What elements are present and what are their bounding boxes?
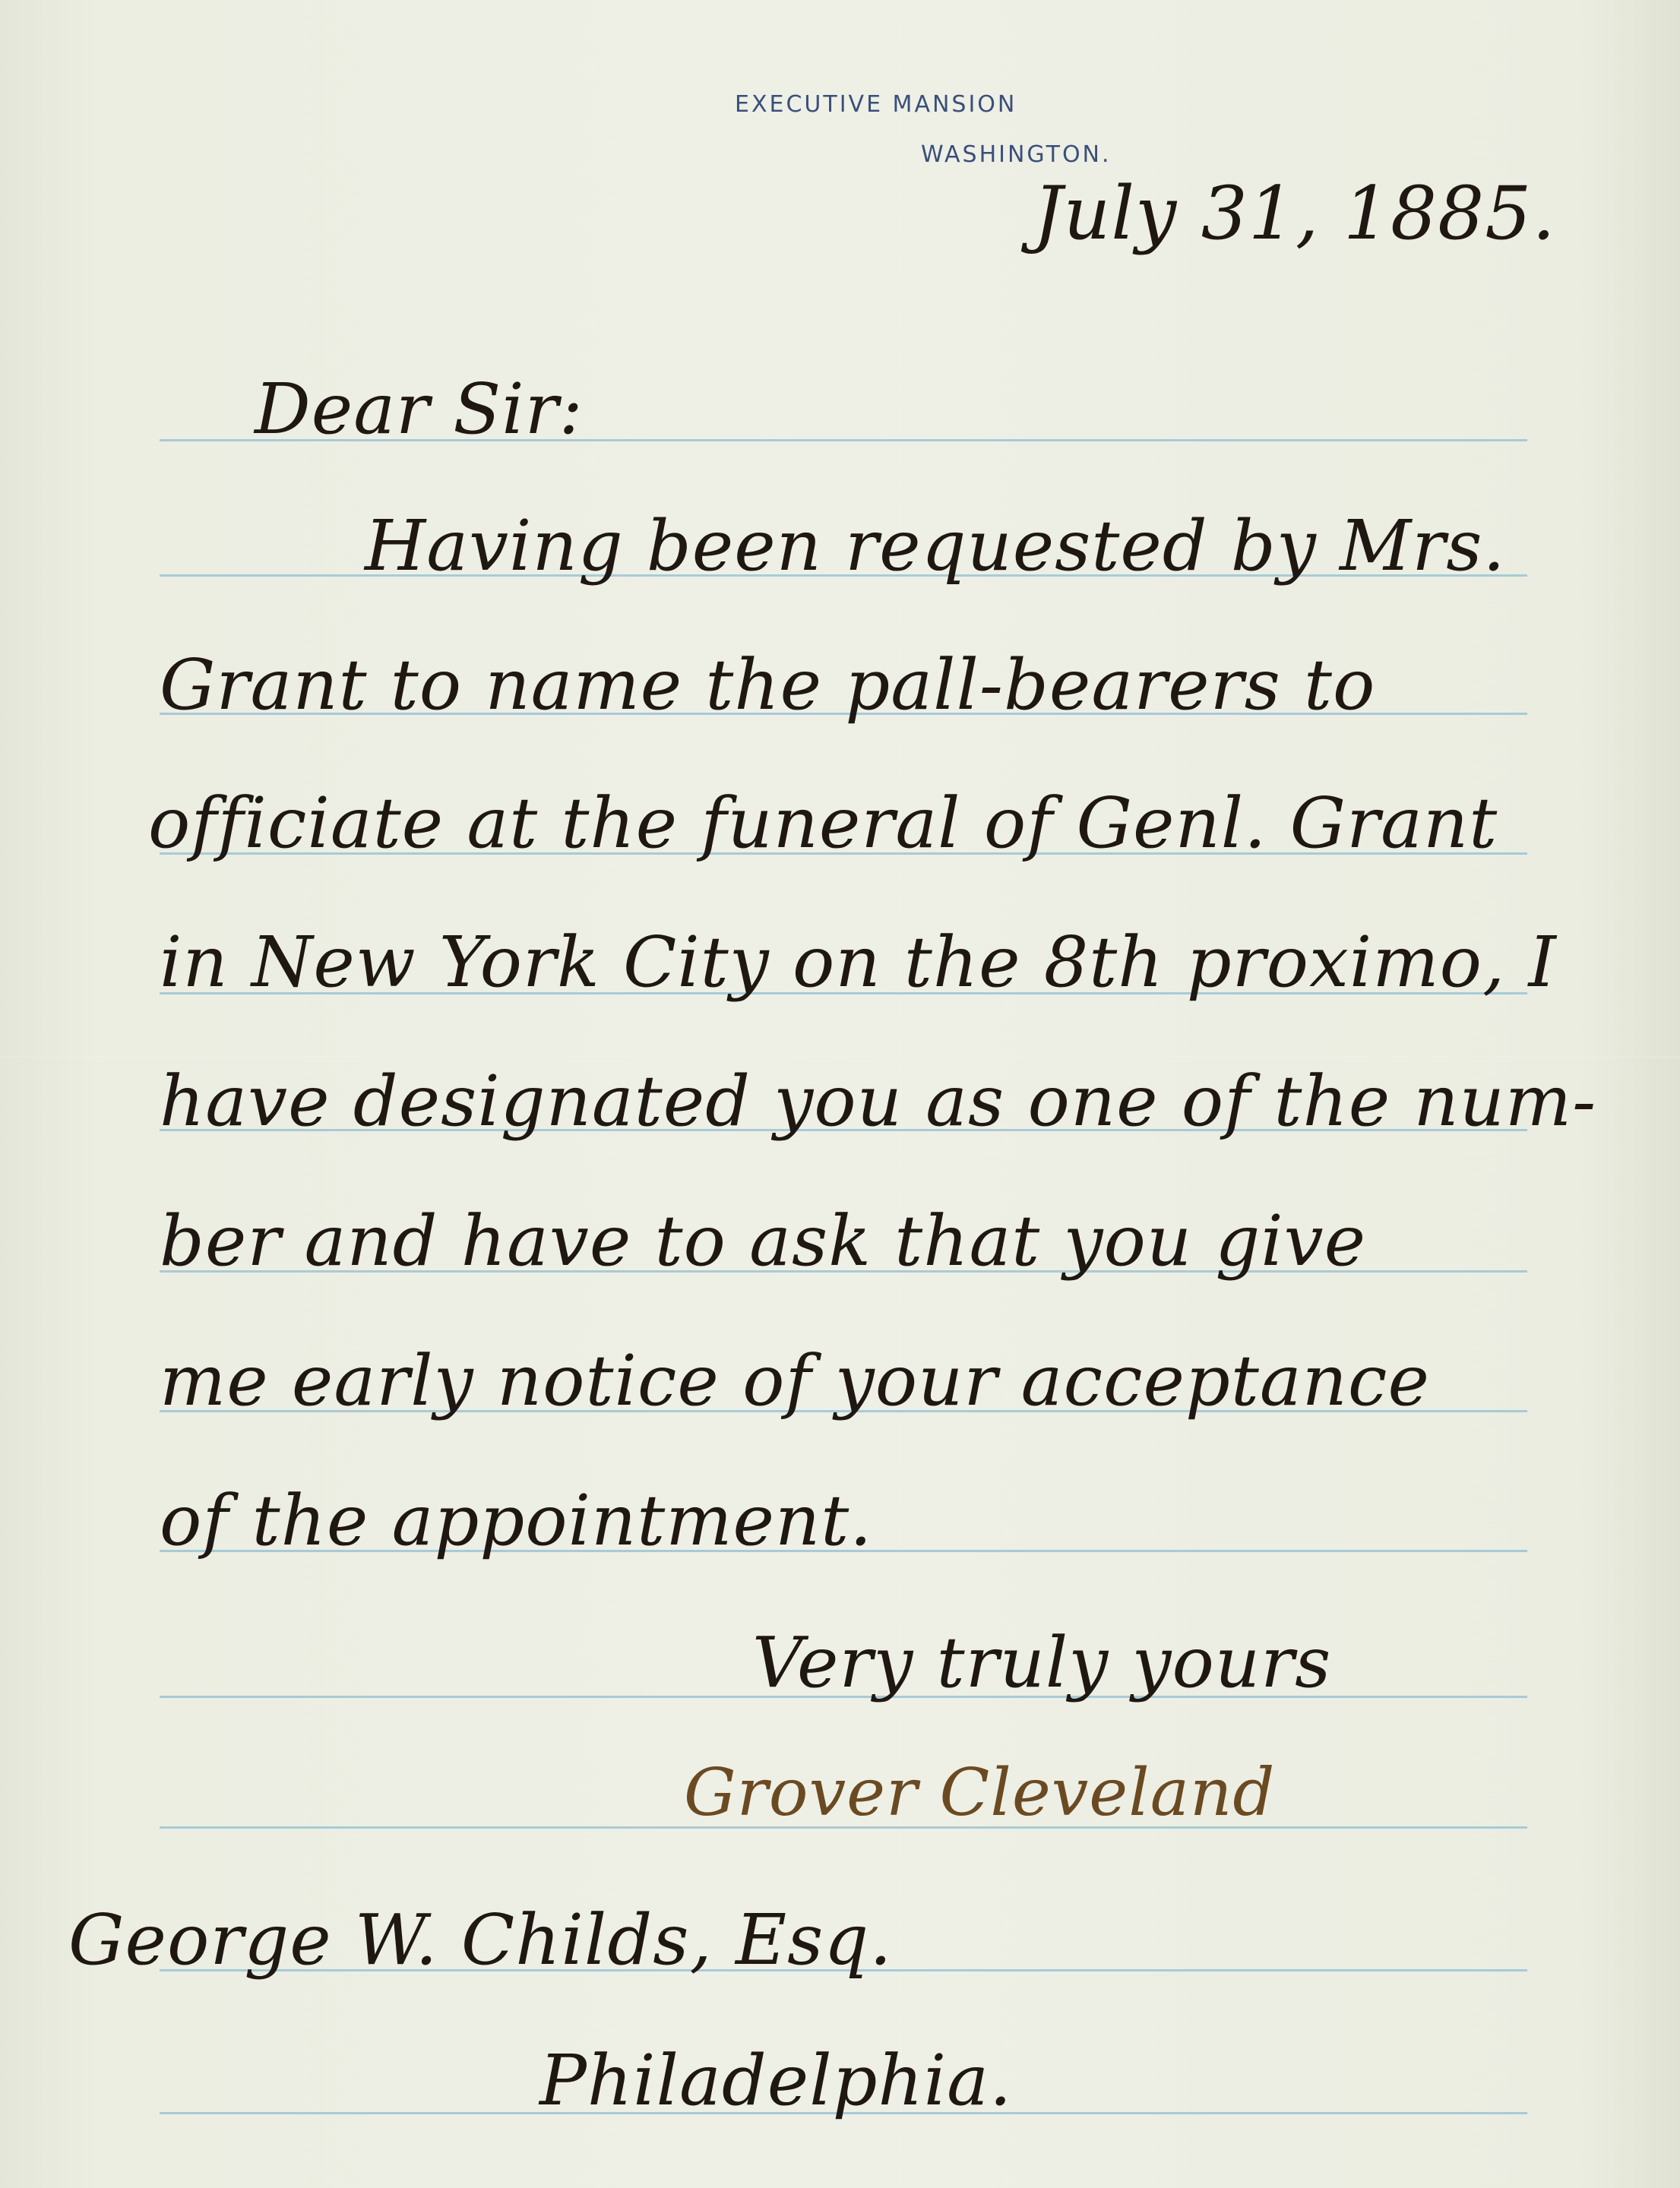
body-line: of the appointment. bbox=[160, 1480, 872, 1561]
recipient-name: George W. Childs, Esq. bbox=[68, 1899, 892, 1981]
recipient-city: Philadelphia. bbox=[539, 2040, 1012, 2121]
letterhead-title: EXECUTIVE MANSION bbox=[735, 91, 1017, 118]
signature: Grover Cleveland bbox=[684, 1755, 1275, 1831]
body-line: me early notice of your acceptance bbox=[160, 1340, 1430, 1421]
body-line: have designated you as one of the num- bbox=[160, 1061, 1596, 1142]
body-line: Having been requested by Mrs. bbox=[365, 505, 1506, 587]
letter-sheet: EXECUTIVE MANSION WASHINGTON. July 31, 1… bbox=[0, 0, 1680, 2188]
body-line: officiate at the funeral of Genl. Grant bbox=[148, 783, 1498, 864]
body-line: Grant to name the pall-bearers to bbox=[160, 644, 1375, 726]
letter-date: July 31, 1885. bbox=[1033, 171, 1556, 256]
body-line: in New York City on the 8th proximo, I bbox=[160, 922, 1557, 1003]
salutation: Dear Sir: bbox=[255, 368, 584, 450]
closing: Very truly yours bbox=[752, 1622, 1331, 1703]
body-line: ber and have to ask that you give bbox=[160, 1200, 1366, 1282]
horizontal-fold-crease bbox=[0, 1056, 1680, 1058]
letterhead-city: WASHINGTON. bbox=[921, 141, 1112, 168]
